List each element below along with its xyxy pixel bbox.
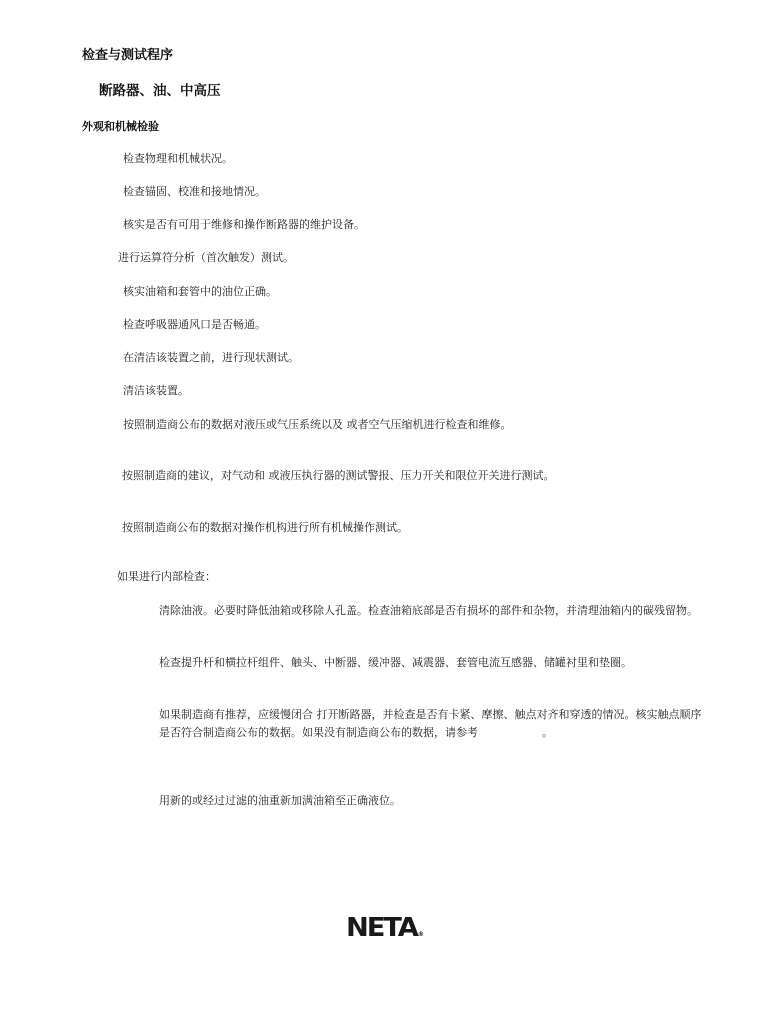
sentence-end: 。 (542, 726, 553, 739)
internal-inspection-item: 如果制造商有推荐，应缓慢闭合 打开断路器，并检查是否有卡紧、摩擦、触点对齐和穿透… (159, 706, 704, 742)
inspection-item: 核实油箱和套管中的油位正确。 (123, 284, 277, 300)
internal-inspection-item: 检查提升杆和横拉杆组件、触头、中断器、缓冲器、减震器、套管电流互感器、储罐衬里和… (159, 654, 704, 672)
neta-logo: NETA® (346, 913, 424, 943)
internal-inspection-item: 清除油液。必要时降低油箱或移除人孔盖。检查油箱底部是否有损坏的部件和杂物，并清理… (159, 602, 704, 620)
internal-inspection-item-text: 如果制造商有推荐，应缓慢闭合 打开断路器，并检查是否有卡紧、摩擦、触点对齐和穿透… (159, 708, 702, 739)
inspection-item: 进行运算符分析（首次触发）测试。 (118, 250, 294, 266)
registered-mark-icon: ® (418, 931, 424, 938)
neta-logo-text: NETA (346, 913, 417, 943)
internal-inspection-label: 如果进行内部检查： (117, 569, 216, 585)
inspection-item: 检查锚固、校准和接地情况。 (123, 184, 266, 200)
internal-inspection-item: 用新的或经过过滤的油重新加满油箱至正确液位。 (159, 792, 704, 810)
document-title: 检查与测试程序 (82, 44, 173, 63)
inspection-item: 检查物理和机械状况。 (123, 151, 233, 167)
inspection-item: 按照制造商公布的数据对操作机构进行所有机械操作测试。 (122, 520, 408, 536)
inspection-item: 按照制造商的建议，对气动和 或液压执行器的测试警报、压力开关和限位开关进行测试。 (122, 468, 555, 484)
inspection-item: 清洁该装置。 (123, 383, 189, 399)
section-heading-visual-mechanical: 外观和机械检验 (82, 118, 159, 134)
inspection-item: 检查呼吸器通风口是否畅通。 (123, 317, 266, 333)
inspection-item: 按照制造商公布的数据对液压或气压系统以及 或者空气压缩机进行检查和维修。 (123, 417, 512, 433)
inspection-item: 核实是否有可用于维修和操作断路器的维护设备。 (123, 217, 365, 233)
inspection-item: 在清洁该装置之前，进行现状测试。 (123, 350, 299, 366)
document-subtitle: 断路器、油、中高压 (99, 79, 221, 99)
